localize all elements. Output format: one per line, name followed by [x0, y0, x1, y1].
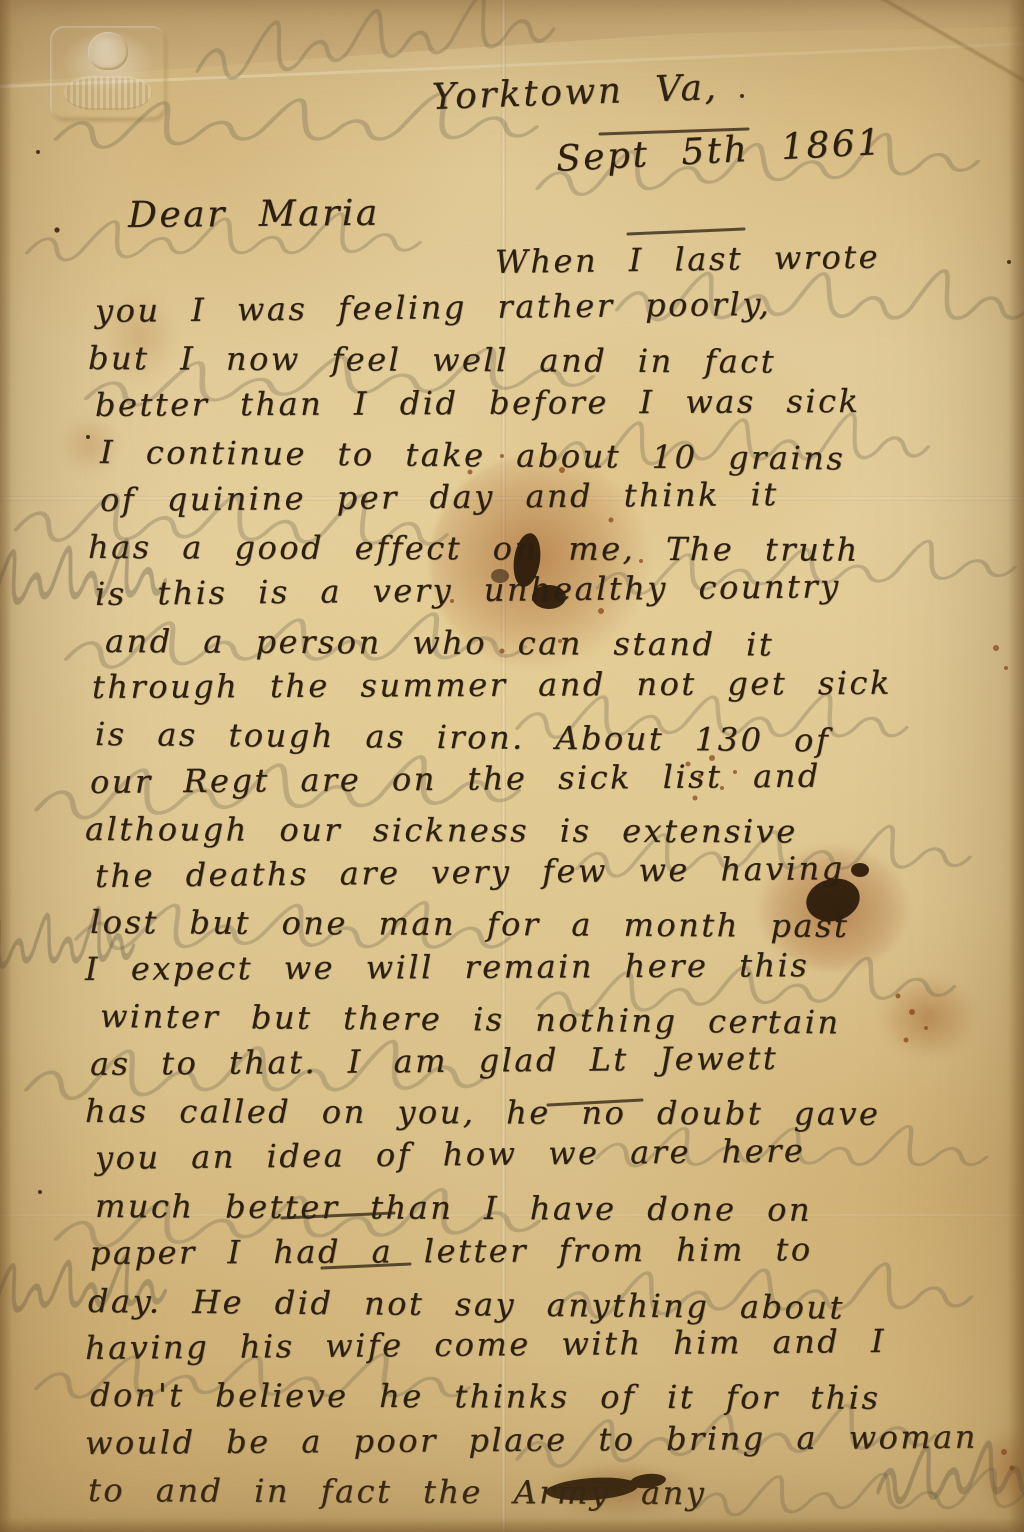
right-paper-edge [1008, 0, 1024, 1532]
body-line: the deaths are very few we having [95, 852, 845, 892]
body-line: you I was feeling rather poorly, [95, 288, 772, 327]
body-line: lost but one man for a month past [90, 906, 849, 942]
body-line: has called on you, he no doubt gave [85, 1095, 881, 1130]
body-line: is as tough as iron. About 130 of [95, 718, 831, 756]
body-line: of quinine per day and think it [100, 478, 779, 516]
body-line: I expect we will remain here this [85, 949, 809, 985]
body-line: I continue to take about 10 grains [100, 436, 846, 475]
body-line: and a person who can stand it [105, 625, 774, 661]
body-line: don't believe he thinks of it for this [90, 1379, 881, 1414]
body-line: much better than I have done on [95, 1190, 812, 1226]
heading-place: Yorktown Va, [431, 70, 719, 116]
body-line: you an idea of how we are here [95, 1135, 806, 1174]
opening-line: When I last wrote [495, 241, 880, 278]
body-line: has a good effect on me, The truth [88, 531, 860, 566]
bottom-paper-edge [0, 1518, 1024, 1532]
body-line: through the summer and not get sick [92, 667, 892, 703]
letter-page: Yorktown Va, Sept 5th 1861 Dear Maria Wh… [0, 0, 1024, 1532]
left-paper-edge [0, 0, 12, 1532]
rust-stain-corner [975, 1425, 1024, 1515]
body-line: winter but there is nothing certain [100, 1000, 841, 1038]
body-line: our Regt are on the sick list and [90, 760, 821, 798]
body-line: having his wife come with him and I [85, 1325, 886, 1364]
body-line: as to that. I am glad Lt Jewett [90, 1042, 778, 1080]
body-line: is this is a very unhealthy country [95, 570, 841, 610]
body-line: but I now feel well and in fact [88, 342, 776, 378]
rust-stain-right [878, 975, 978, 1060]
body-line: would be a poor place to bring a woman [85, 1421, 978, 1459]
body-line: better than I did before I was sick [95, 385, 861, 421]
body-line: paper I had a letter from him to [90, 1233, 813, 1269]
body-line: day. He did not say anything about [88, 1285, 845, 1324]
salutation: Dear Maria [128, 196, 380, 234]
body-line: although our sickness is extensive [85, 813, 798, 847]
heading-date: Sept 5th 1861 [555, 125, 883, 178]
body-line: to and in fact the Army any [88, 1474, 707, 1509]
embossed-seal [50, 26, 166, 120]
